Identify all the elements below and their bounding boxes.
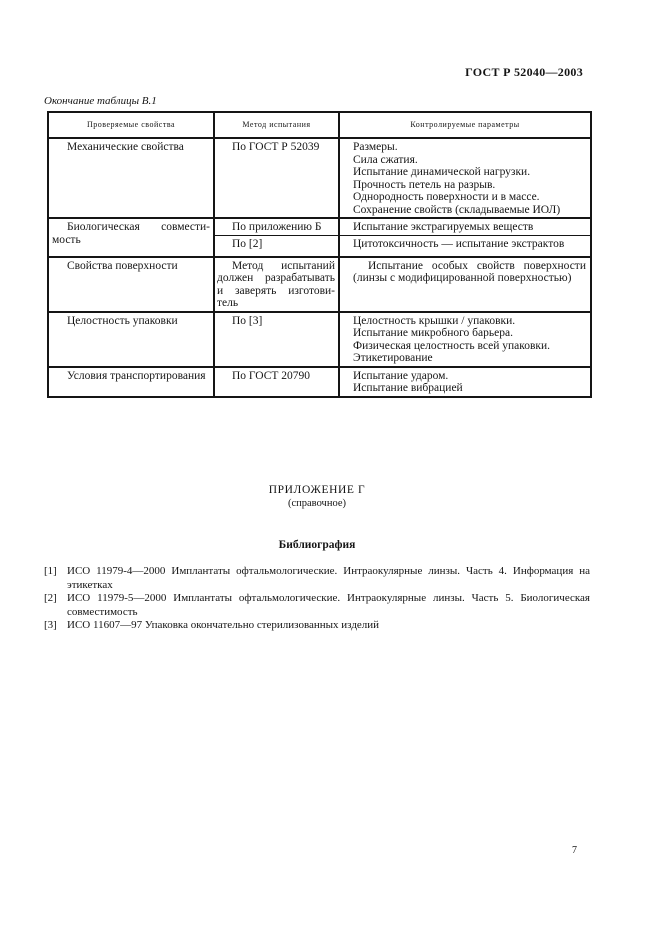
bibliography-entry: [2] ИСО 11979-5—2000 Имплантаты офтальмо… bbox=[44, 592, 590, 619]
method-cell: По ГОСТ Р 52039 bbox=[217, 141, 335, 154]
bibliography-entry: [3] ИСО 11607—97 Упаковка окончательно с… bbox=[44, 619, 590, 633]
property-cell: Целостность упаковки bbox=[52, 315, 210, 328]
property-cell: Свойства поверхности bbox=[52, 260, 210, 273]
method-line: должен разрабатывать bbox=[217, 272, 335, 285]
column-header-method: Метод испытания bbox=[214, 112, 339, 138]
parameter-line: (линзы с модифицированной поверхностью) bbox=[353, 272, 586, 285]
parameters-cell: Испытание экстрагируемых веществ bbox=[353, 221, 586, 234]
parameter-line: Однородность поверхности и в массе. bbox=[353, 191, 586, 204]
document-page: ГОСТ Р 52040—2003 Окончание таблицы В.1 … bbox=[0, 0, 661, 936]
property-cell: Условия транспортирования bbox=[52, 370, 210, 383]
method-cell: Метод испытаний должен разрабатывать и з… bbox=[214, 257, 339, 312]
property-cell: Механические свойства bbox=[52, 141, 210, 154]
bibliography-ref: [2] bbox=[44, 592, 67, 619]
parameter-line: Сила сжатия. bbox=[353, 154, 586, 167]
parameters-cell: Испытание ударом. Испытание вибрацией bbox=[339, 367, 591, 397]
parameter-line: Испытание динамической нагрузки. bbox=[353, 166, 586, 179]
bibliography-line: этикетках bbox=[67, 579, 590, 593]
bibliography-ref: [1] bbox=[44, 565, 67, 592]
bibliography-text: ИСО 11979-5—2000 Имплантаты офтальмологи… bbox=[67, 592, 590, 619]
parameter-line: Испытание ударом. bbox=[353, 370, 586, 383]
method-line: Метод испытаний bbox=[217, 260, 335, 273]
parameter-line: Целостность крышки / упаковки. bbox=[353, 315, 586, 328]
method-cell: По [2] bbox=[217, 238, 335, 251]
bibliography-line: ИСО 11607—97 Упаковка окончательно стери… bbox=[67, 619, 590, 633]
appendix-note: (справочное) bbox=[44, 497, 590, 510]
table-row: Механические свойства По ГОСТ Р 52039 Ра… bbox=[48, 138, 591, 218]
bibliography-text: ИСО 11607—97 Упаковка окончательно стери… bbox=[67, 619, 590, 633]
bibliography-entry: [1] ИСО 11979-4—2000 Имплантаты офтальмо… bbox=[44, 565, 590, 592]
parameter-line: Прочность петель на разрыв. bbox=[353, 179, 586, 192]
property-line: Биологическая совмести- bbox=[52, 221, 210, 234]
parameter-line: Сохранение свойств (складываемые ИОЛ) bbox=[353, 204, 586, 217]
bibliography-list: [1] ИСО 11979-4—2000 Имплантаты офтальмо… bbox=[44, 565, 590, 633]
appendix-heading: ПРИЛОЖЕНИЕ Г (справочное) bbox=[44, 483, 590, 510]
bibliography-ref: [3] bbox=[44, 619, 67, 633]
method-cell: По [3] bbox=[217, 315, 335, 328]
table-row: Условия транспортирования По ГОСТ 20790 … bbox=[48, 367, 591, 397]
bibliography-line: ИСО 11979-5—2000 Имплантаты офтальмологи… bbox=[67, 592, 590, 606]
table-header-row: Проверяемые свойства Метод испытания Кон… bbox=[48, 112, 591, 138]
parameter-line: Испытание особых свойств поверхности bbox=[353, 260, 586, 273]
document-number: ГОСТ Р 52040—2003 bbox=[465, 65, 583, 80]
parameter-line: Испытание вибрацией bbox=[353, 382, 586, 395]
table-caption: Окончание таблицы В.1 bbox=[44, 95, 157, 107]
table-row: Свойства поверхности Метод испытаний дол… bbox=[48, 257, 591, 312]
parameters-cell: Размеры. Сила сжатия. Испытание динамиче… bbox=[339, 138, 591, 218]
parameter-line: Испытание микробного барьера. bbox=[353, 327, 586, 340]
method-cell: По ГОСТ 20790 bbox=[217, 370, 335, 383]
page-number: 7 bbox=[572, 845, 577, 856]
column-header-parameters: Контролируемые параметры bbox=[339, 112, 591, 138]
property-line: мость bbox=[52, 234, 210, 247]
method-line: тель bbox=[217, 297, 335, 310]
parameter-line: Этикетирование bbox=[353, 352, 586, 365]
table-row: Целостность упаковки По [3] Целостность … bbox=[48, 312, 591, 367]
column-header-properties: Проверяемые свойства bbox=[48, 112, 214, 138]
method-cell: По приложению Б bbox=[217, 221, 335, 234]
bibliography-text: ИСО 11979-4—2000 Имплантаты офтальмологи… bbox=[67, 565, 590, 592]
parameters-cell: Целостность крышки / упаковки. Испытание… bbox=[339, 312, 591, 367]
parameter-line: Размеры. bbox=[353, 141, 586, 154]
parameters-cell: Цитотоксичность — испытание экстрактов bbox=[353, 238, 586, 251]
appendix-title: ПРИЛОЖЕНИЕ Г bbox=[44, 483, 590, 497]
parameters-cell: Испытание особых свойств поверхности (ли… bbox=[339, 257, 591, 312]
property-cell: Биологическая совмести- мость bbox=[48, 218, 214, 257]
method-line: и заверять изготови- bbox=[217, 285, 335, 298]
table-row: Биологическая совмести- мость По приложе… bbox=[48, 218, 591, 235]
bibliography-line: ИСО 11979-4—2000 Имплантаты офтальмологи… bbox=[67, 565, 590, 579]
bibliography-title: Библиография bbox=[44, 539, 590, 551]
bibliography-line: совместимость bbox=[67, 606, 590, 620]
parameter-line: Физическая целостность всей упаковки. bbox=[353, 340, 586, 353]
test-methods-table: Проверяемые свойства Метод испытания Кон… bbox=[47, 111, 592, 398]
